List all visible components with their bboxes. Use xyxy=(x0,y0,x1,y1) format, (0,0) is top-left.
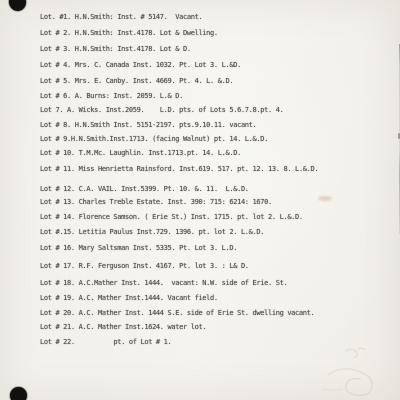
document-line: Lot # 20. A.C. Mather Inst. 1444 S.E. si… xyxy=(40,309,314,317)
document-line: Lot # 3. H.N.Smith: Inst.4178. Lot & D. xyxy=(40,45,191,53)
document-line: Lot # 12. C.A. VAIL. Inst.5399. Pt. 10. … xyxy=(40,185,249,193)
document-line: Lot # 21. A.C. Mather Inst.1624. water l… xyxy=(40,323,206,331)
document-line: Lot # 6. A. Burns: Inst. 2059. L.& D. xyxy=(40,92,183,100)
document-line: Lot # 10. T.M.Mc. Laughlin. Inst.1713.pt… xyxy=(40,149,241,157)
document-line: Lot # 4. Mrs. C. Canada Inst. 1032. Pt. … xyxy=(40,61,241,69)
document-line: Lot # 14. Florence Samson. ( Erie St.) I… xyxy=(40,213,303,221)
ink-blot-top-left xyxy=(7,0,27,13)
document-line: Lot 7. A. Wicks. Inst.2059. L.D. pts. of… xyxy=(40,106,283,114)
document-line: Lot # 5. Mrs. E. Canby. Inst. 4669. Pt. … xyxy=(40,77,233,85)
faint-red-smudge xyxy=(318,196,332,201)
pencil-scribble xyxy=(318,345,388,397)
document-line: Lot # 11. Miss Henrietta Rainsford. Inst… xyxy=(40,165,318,173)
scanned-page: Lot. #1. H.N.Smith: Inst. # 5147. Vacant… xyxy=(0,0,400,400)
document-line: Lot # 2. H.N.Smith: Inst.4178. Lot & Dwe… xyxy=(40,29,218,37)
document-line: Lot # 18. A.C.Mather Inst. 1444. vacant:… xyxy=(40,279,287,287)
document-line: Lot # 22. pt. of Lot # 1. xyxy=(40,338,171,346)
document-line: Lot # 19. A.C. Mather Inst.1444. Vacant … xyxy=(40,294,218,302)
document-line: Lot # 16. Mary Saltsman Inst. 5335. Pt. … xyxy=(40,244,237,252)
document-line: Lot # 13. Charles Treble Estate. Inst. 3… xyxy=(40,198,272,206)
document-line: Lot # 8. H.N.Smith Inst. 5151-2197. pts.… xyxy=(40,121,256,129)
ink-blot-bottom-left xyxy=(10,387,27,400)
document-line: Lot # 17. R.F. Ferguson Inst. 4167. Pt. … xyxy=(40,262,249,270)
document-line: Lot # 9.H.N.Smith.Inst.1713. (facing Wal… xyxy=(40,135,268,143)
document-line: Lot #.15. Letitia Paulus Inst.729. 1396.… xyxy=(40,228,264,236)
document-line: Lot. #1. H.N.Smith: Inst. # 5147. Vacant… xyxy=(40,13,202,21)
